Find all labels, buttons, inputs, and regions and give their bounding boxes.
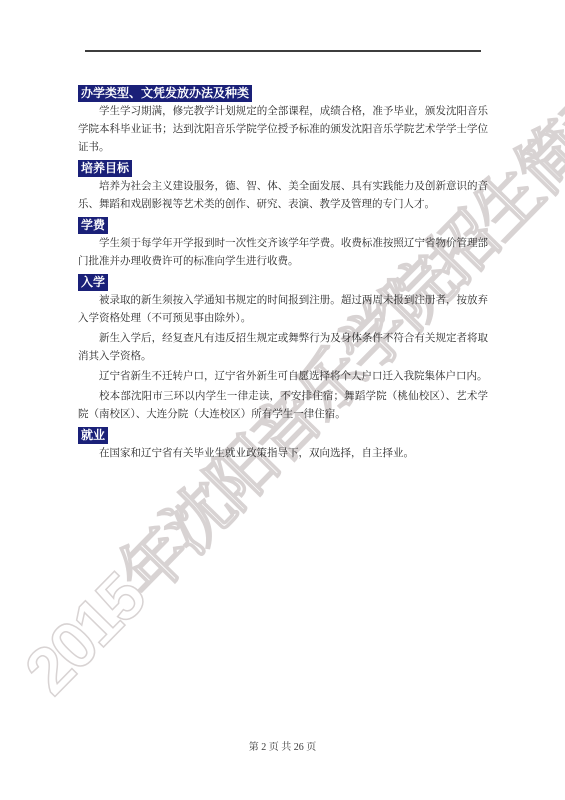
section-heading: 就业 (78, 426, 488, 444)
page-content: 办学类型、文凭发放办法及种类 学生学习期满，修完教学计划规定的全部课程，成绩合格… (78, 84, 488, 465)
paragraph: 辽宁省新生不迁转户口，辽宁省外新生可自愿选择将个人户口迁入我院集体户口内。 (78, 368, 488, 386)
paragraph: 学生须于每学年开学报到时一次性交齐该学年学费。收费标准按照辽宁省物价管理部门批准… (78, 235, 488, 271)
paragraph: 校本部沈阳市三环以内学生一律走读，不安排住宿；舞蹈学院（桃仙校区）、艺术学院（南… (78, 388, 488, 424)
section-tuition: 学费 学生须于每学年开学报到时一次性交齐该学年学费。收费标准按照辽宁省物价管理部… (78, 216, 488, 271)
section-heading: 办学类型、文凭发放办法及种类 (78, 84, 488, 102)
section-heading-label: 入学 (78, 274, 108, 291)
section-heading-label: 学费 (78, 217, 108, 234)
section-heading-label: 办学类型、文凭发放办法及种类 (78, 85, 252, 102)
section-enrollment: 入学 被录取的新生须按入学通知书规定的时间报到注册。超过两周未报到注册者，按放弃… (78, 273, 488, 424)
section-heading: 入学 (78, 273, 488, 291)
section-heading-label: 就业 (78, 427, 108, 444)
paragraph: 被录取的新生须按入学通知书规定的时间报到注册。超过两周未报到注册者，按放弃入学资… (78, 292, 488, 328)
paragraph: 在国家和辽宁省有关毕业生就业政策指导下，双向选择，自主择业。 (78, 445, 488, 463)
section-degree-types: 办学类型、文凭发放办法及种类 学生学习期满，修完教学计划规定的全部课程，成绩合格… (78, 84, 488, 157)
section-training-goal: 培养目标 培养为社会主义建设服务，德、智、体、美全面发展、具有实践能力及创新意识… (78, 159, 488, 214)
header-rule (85, 50, 481, 52)
section-heading: 学费 (78, 216, 488, 234)
section-heading: 培养目标 (78, 159, 488, 177)
section-heading-label: 培养目标 (78, 160, 132, 177)
document-page: 2015年沈阳音乐学院招生简章 办学类型、文凭发放办法及种类 学生学习期满，修完… (0, 0, 565, 800)
page-footer: 第 2 页 共 26 页 (0, 738, 565, 753)
paragraph: 培养为社会主义建设服务，德、智、体、美全面发展、具有实践能力及创新意识的音乐、舞… (78, 178, 488, 214)
paragraph: 新生入学后，经复查凡有违反招生规定或舞弊行为及身体条件不符合有关规定者将取消其入… (78, 330, 488, 366)
paragraph: 学生学习期满，修完教学计划规定的全部课程，成绩合格，准予毕业，颁发沈阳音乐学院本… (78, 103, 488, 157)
section-employment: 就业 在国家和辽宁省有关毕业生就业政策指导下，双向选择，自主择业。 (78, 426, 488, 463)
